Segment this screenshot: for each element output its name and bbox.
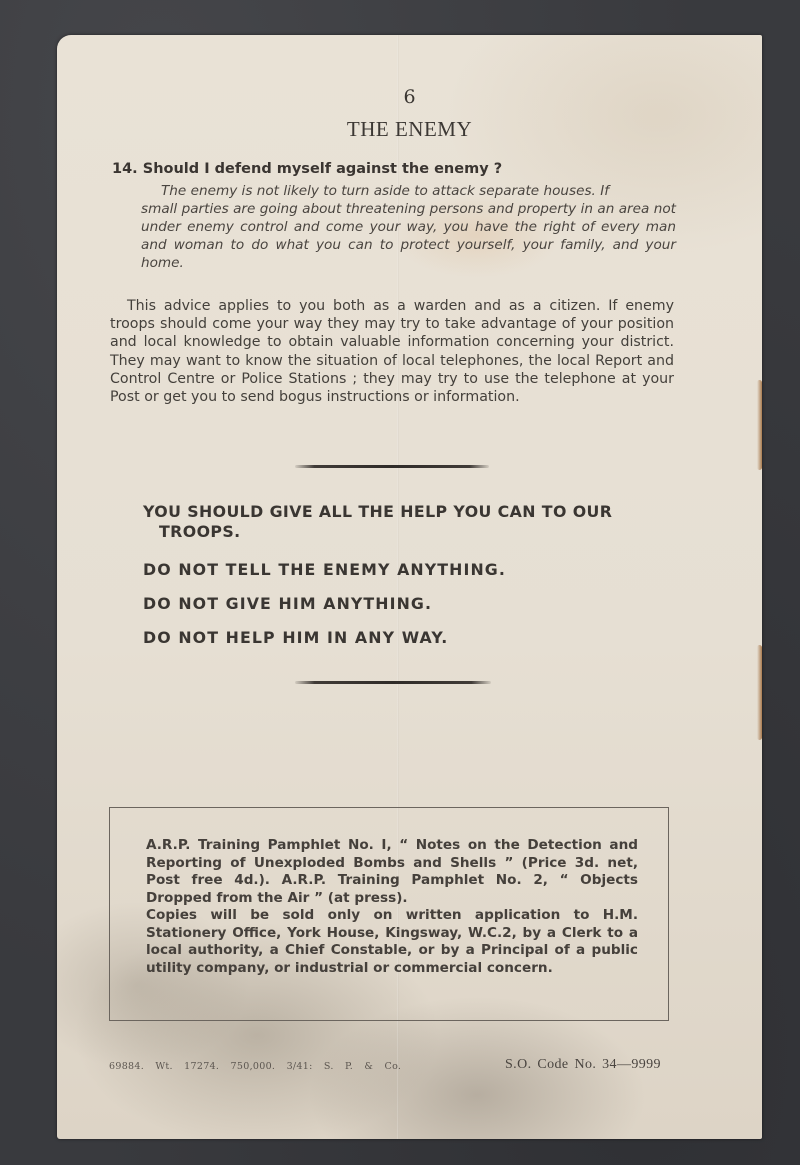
publication-notice: A.R.P. Training Pamphlet No. I, “ Notes … <box>146 837 638 977</box>
question-text: Should I defend myself against the enemy… <box>143 161 502 177</box>
answer-rest: small parties are going about threatenin… <box>141 201 676 271</box>
notice-paragraph-pamphlets: A.R.P. Training Pamphlet No. I, “ Notes … <box>146 837 638 907</box>
print-code: 69884. Wt. 17274. 750,000. 3/41: S. P. &… <box>109 1061 401 1072</box>
answer-paragraph: The enemy is not likely to turn aside to… <box>141 182 676 272</box>
directive-dont-tell: DO NOT TELL THE ENEMY ANYTHING. <box>143 560 506 580</box>
directive-dont-help: DO NOT HELP HIM IN ANY WAY. <box>143 628 448 648</box>
question-number: 14. <box>112 161 138 177</box>
directive-help-troops: YOU SHOULD GIVE ALL THE HELP YOU CAN TO … <box>143 502 703 542</box>
pamphlet-page: 6 THE ENEMY 14. Should I defend myself a… <box>57 35 762 1139</box>
directive-dont-give: DO NOT GIVE HIM ANYTHING. <box>143 594 432 614</box>
answer-first-line: The enemy is not likely to turn aside to… <box>141 182 676 200</box>
divider-rule <box>295 465 489 468</box>
publication-notice-box: A.R.P. Training Pamphlet No. I, “ Notes … <box>109 807 669 1021</box>
so-code: S.O. Code No. 34—9999 <box>505 1057 661 1073</box>
rust-stain <box>757 645 762 740</box>
rust-stain <box>757 380 762 470</box>
question-heading: 14. Should I defend myself against the e… <box>112 161 502 177</box>
advice-paragraph: This advice applies to you both as a war… <box>110 297 674 406</box>
notice-paragraph-copies: Copies will be sold only on written appl… <box>146 907 638 977</box>
section-title: THE ENEMY <box>57 117 762 142</box>
directive-help-line1: YOU SHOULD GIVE ALL THE HELP YOU CAN TO … <box>143 502 612 521</box>
page-number: 6 <box>57 86 762 108</box>
directive-help-line2: TROOPS. <box>143 522 703 542</box>
divider-rule <box>295 681 491 684</box>
